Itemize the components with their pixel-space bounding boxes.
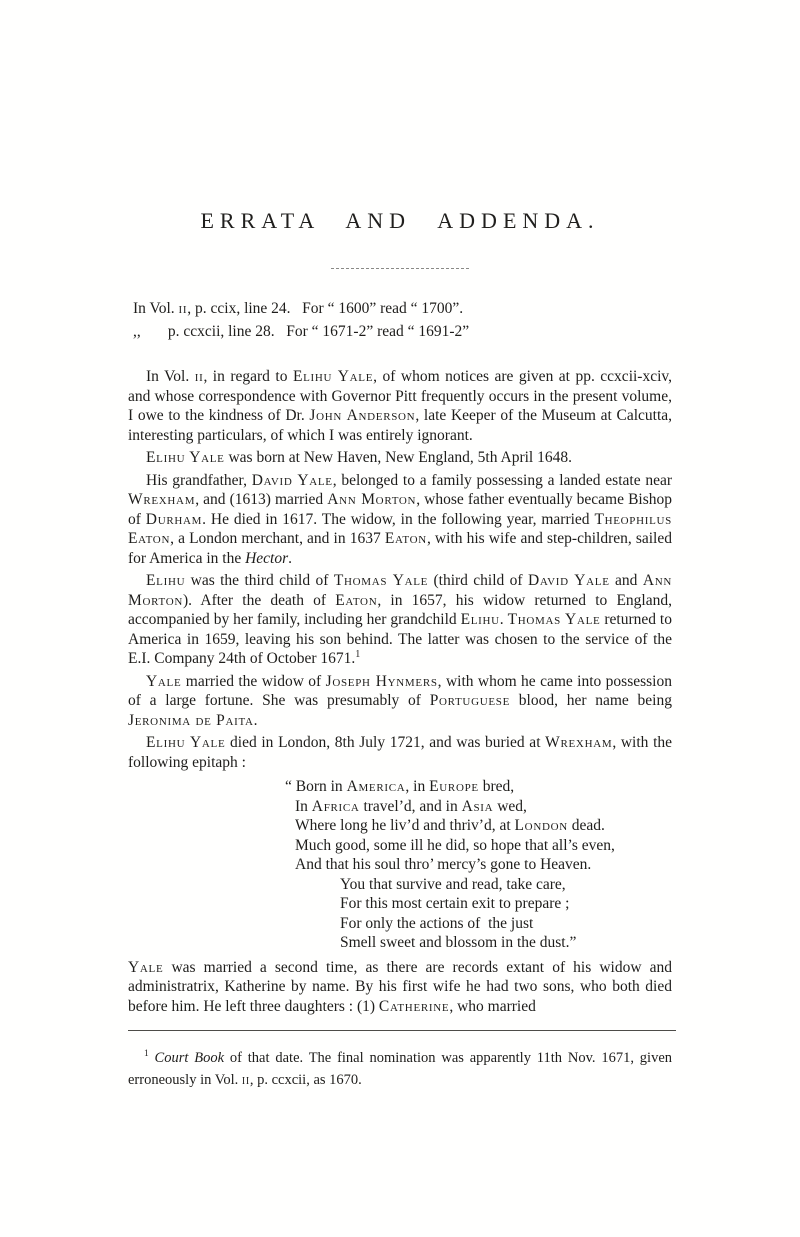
errata-line-1: In Vol. ii, p. ccix, line 24. For “ 1600… [133, 297, 680, 320]
body-text: In Vol. ii, in regard to Elihu Yale, of … [128, 367, 672, 1016]
epitaph-line: Smell sweet and blossom in the dust.” [340, 933, 672, 953]
epitaph-line: You that survive and read, take care, [340, 875, 672, 895]
paragraph-second-marriage: Yale was married a second time, as there… [128, 958, 672, 1017]
epitaph-line: Where long he liv’d and thriv’d, at Lond… [295, 816, 672, 836]
epitaph-line: In Africa travel’d, and in Asia wed, [295, 797, 672, 817]
paragraph-death: Elihu Yale died in London, 8th July 1721… [128, 733, 672, 772]
epitaph-line: “ Born in America, in Europe bred, [285, 777, 672, 797]
paragraph-intro: In Vol. ii, in regard to Elihu Yale, of … [128, 367, 672, 445]
footnote-divider-rule [128, 1030, 676, 1031]
epitaph-line: For only the actions of the just [340, 914, 672, 934]
title-divider-rule [331, 268, 469, 269]
book-page: ERRATA AND ADDENDA. In Vol. ii, p. ccix,… [0, 0, 800, 1237]
epitaph-inner-stanza: You that survive and read, take care, Fo… [295, 875, 672, 953]
epitaph-line: Much good, some ill he did, so hope that… [295, 836, 672, 856]
paragraph-third-child: Elihu was the third child of Thomas Yale… [128, 571, 672, 669]
epitaph-line: For this most certain exit to prepare ; [340, 894, 672, 914]
paragraph-born: Elihu Yale was born at New Haven, New En… [128, 448, 672, 468]
paragraph-marriage: Yale married the widow of Joseph Hynmers… [128, 672, 672, 731]
paragraph-grandfather: His grandfather, David Yale, belonged to… [128, 471, 672, 569]
page-title: ERRATA AND ADDENDA. [0, 0, 800, 234]
epitaph-verse: “ Born in America, in Europe bred, In Af… [295, 777, 672, 953]
epitaph-line: And that his soul thro’ mercy’s gone to … [295, 855, 672, 875]
footnote-text: 1 Court Book of that date. The final nom… [128, 1047, 672, 1091]
errata-list: In Vol. ii, p. ccix, line 24. For “ 1600… [133, 297, 680, 343]
footnote-block: 1 Court Book of that date. The final nom… [128, 1047, 672, 1091]
errata-line-2: ,, p. ccxcii, line 28. For “ 1671-2” rea… [133, 320, 680, 343]
